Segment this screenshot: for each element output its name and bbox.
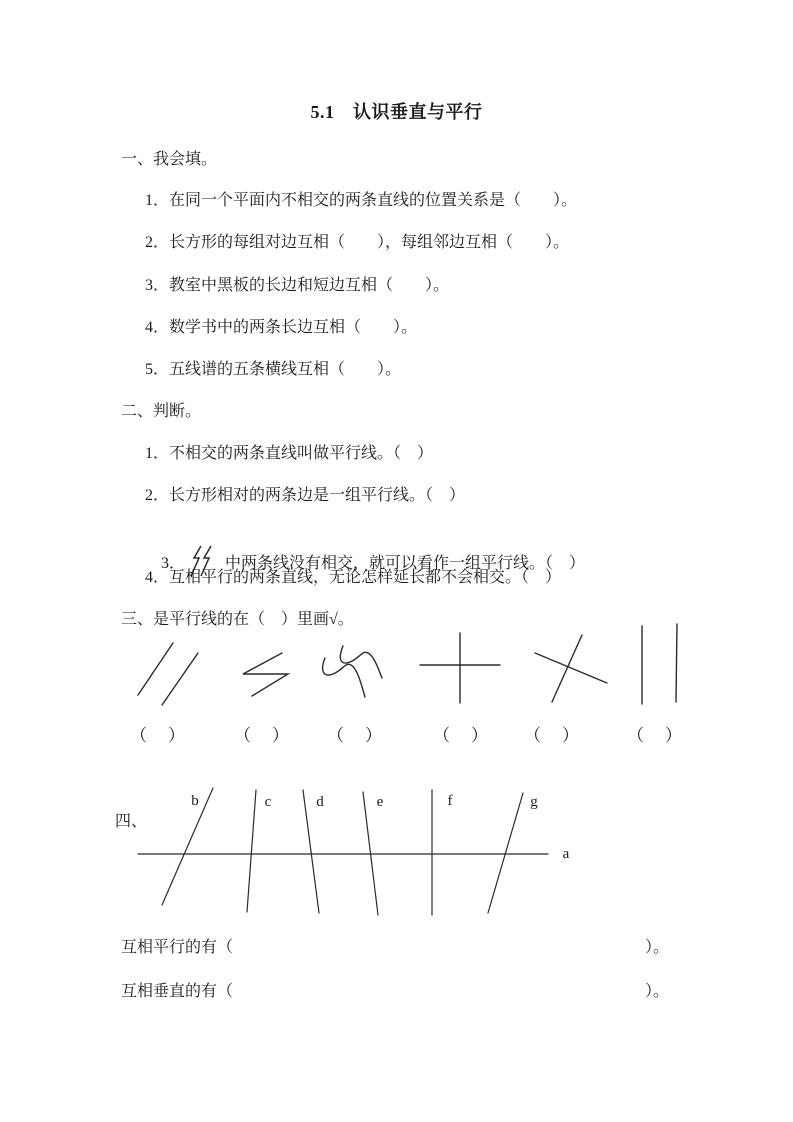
- line-label-e: e: [377, 794, 384, 810]
- figure-answer-paren-4: （ ）: [433, 726, 490, 746]
- perpendicular-answer-label: 互相垂直的有（: [121, 982, 233, 1002]
- figure-perpendicular-cross-lines: [416, 630, 504, 706]
- line-label-g: g: [530, 794, 538, 810]
- figure-zigzag-broken-lines: [238, 648, 294, 700]
- line-label-d: d: [316, 794, 324, 810]
- figure-answer-paren-5: （ ）: [524, 726, 581, 746]
- parallel-answer-label: 互相平行的有（: [121, 938, 233, 958]
- line-label-c: c: [265, 794, 272, 810]
- figure-answer-paren-1: （ ）: [130, 726, 187, 746]
- line-label-b: b: [191, 793, 199, 809]
- crossing-lines-diagram: b c d e f g a: [100, 780, 600, 925]
- page-title: 5.1 认识垂直与平行: [0, 102, 793, 122]
- figure-answer-paren-2: （ ）: [234, 726, 291, 746]
- judge-item-2: 2．长方形相对的两条边是一组平行线。（ ）: [145, 486, 465, 506]
- fill-item-2: 2．长方形的每组对边互相（ ），每组邻边互相（ ）。: [145, 233, 569, 253]
- judge-item-1: 1．不相交的两条直线叫做平行线。（ ）: [145, 444, 433, 464]
- worksheet-page: 5.1 认识垂直与平行 一、我会填。 1．在同一个平面内不相交的两条直线的位置关…: [0, 0, 793, 1122]
- section1-heading: 一、我会填。: [121, 150, 217, 170]
- judge-item-4: 4．互相平行的两条直线，无论怎样延长都不会相交。（ ）: [145, 568, 561, 588]
- figure-wavy-parallel-curves: [318, 640, 390, 702]
- parallel-answer-close: ）。: [645, 938, 669, 958]
- fill-item-1: 1．在同一个平面内不相交的两条直线的位置关系是（ ）。: [145, 191, 577, 211]
- section3-heading: 三、是平行线的在（ ）里画√。: [121, 610, 354, 630]
- line-label-f: f: [448, 793, 453, 809]
- diagram-line-b: [162, 788, 213, 905]
- section2-heading: 二、判断。: [121, 402, 201, 422]
- figure-answer-paren-6: （ ）: [627, 726, 684, 746]
- diagram-line-g: [488, 793, 523, 913]
- diagram-line-c: [247, 790, 256, 912]
- figure-oblique-intersecting-lines: [528, 632, 612, 706]
- figure-vertical-parallel-lines: [636, 622, 682, 706]
- fill-item-3: 3．教室中黑板的长边和短边互相（ ）。: [145, 276, 449, 296]
- figure-answer-paren-3: （ ）: [327, 726, 384, 746]
- perpendicular-answer-close: ）。: [645, 982, 669, 1002]
- line-label-a: a: [563, 846, 570, 862]
- fill-item-5: 5．五线谱的五条横线互相（ ）。: [145, 360, 401, 380]
- fill-item-4: 4．数学书中的两条长边互相（ ）。: [145, 318, 417, 338]
- figure-slanted-parallel-lines: [128, 636, 208, 710]
